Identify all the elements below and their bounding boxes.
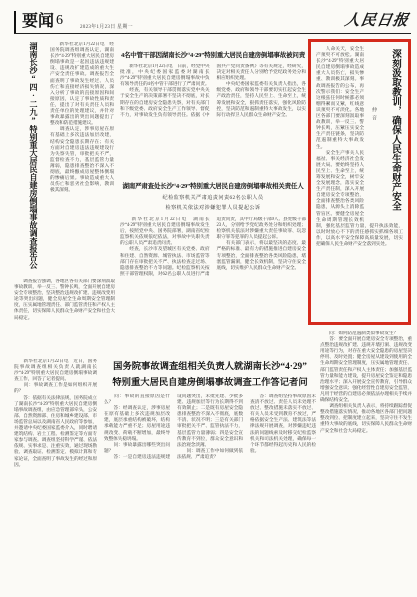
commentary-title-block: 深刻汲取教训，确保人民生命财产安全 仲音 — [367, 47, 403, 219]
midbottom-article-subhead-1: 纪检监察机关严肃追责问责62名公职人员 — [120, 194, 306, 201]
qa-article-headline-line1: 国务院事故调查组相关负责人就湖南长沙“4·29” — [104, 358, 316, 372]
midbottom-article-body: 新华社北京1月22日电 湖南长沙“4·29”特别重大居民自建房倒塌事故发生后，按… — [120, 217, 306, 354]
midtop-article-body: 新华社北京1月22日电 日前，经党中央批准，中央纪委国家监委对湖南长沙“4·29… — [120, 64, 306, 176]
midbottom-article-subhead-2: 检察机关依法对涉嫌犯罪人员提起公诉 — [120, 204, 306, 211]
header-rule — [14, 33, 411, 34]
qa-article-column-5: 问：如何防范遏制类似事故发生？ 答：要全面开展自建房安全专项整治，重点整治违规改… — [320, 331, 412, 592]
qa-article-headline-line2: 特别重大居民自建房倒塌事故调查工作答记者问 — [104, 374, 316, 388]
issue-date: 2023年1月23日 星期一 — [80, 23, 133, 30]
midbottom-article-headline: 湖南严肃查处长沙“4·29”特别重大居民自建房倒塌事故相关责任人 — [120, 181, 306, 190]
commentary-box: 深刻汲取教训，确保人民生命财产安全 仲音 人命关天，安全生产须臾不可放松。湖南长… — [308, 39, 411, 325]
page-number: 6 — [56, 13, 63, 29]
section-name: 要闻 — [14, 11, 54, 33]
midtop-article-headline: 4名中管干部因湖南长沙“4·29”特别重大居民自建房倒塌事故被问责 — [120, 50, 306, 59]
commentary-author: 仲音 — [370, 107, 377, 123]
left-article-headline: 湖南长沙“四·二九”特别重大居民自建房倒塌事故调查报告公布 — [23, 42, 43, 276]
qa-article-column-1: 新华社北京1月22日电 近日，国务院事故调查组相关负责人就湖南长沙“4·29”特… — [14, 359, 97, 592]
masthead-logo: 人民日报 — [343, 9, 411, 30]
commentary-headline: 深刻汲取教训，确保人民生命财产安全 — [387, 49, 402, 217]
left-article-body-bottom: 调查报告强调，各地区各有关部门要深刻汲取事故教训，举一反三、警钟长鸣，全面开展自… — [14, 279, 115, 355]
left-article-body-top: 新华社北京1月22日电 经国务院调查组调查认定，湖南长沙“4·29”特别重大居民… — [50, 42, 114, 274]
qa-article-columns-middle: 问：事故的直接原因是什么？ 答：经调查认定，涉事房屋在原有基础上多次违规加层改建… — [104, 394, 316, 592]
